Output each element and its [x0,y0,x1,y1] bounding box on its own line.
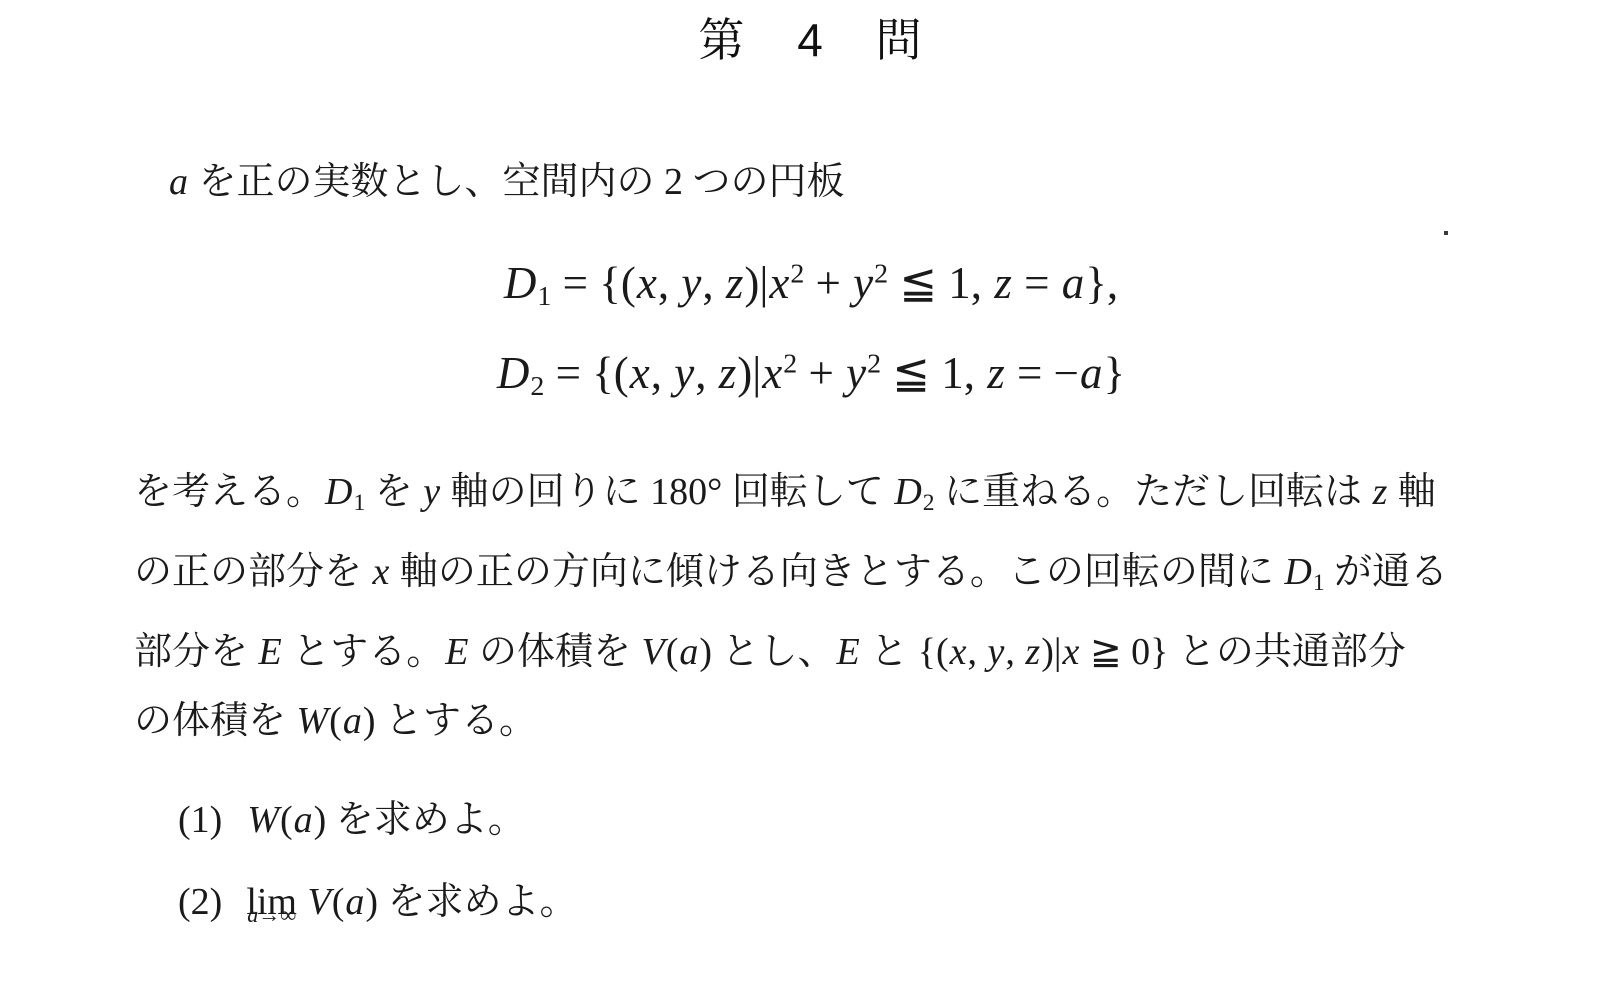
paragraph-line-2: の正の部分を x 軸の正の方向に傾ける向きとする。この回転の間に D1 が通る [134,538,1448,618]
question-2-text: lima→∞ V(a) を求めよ。 [246,881,577,923]
problem-paragraph: を考える。D1 を y 軸の回りに 180° 回転して D2 に重ねる。ただし回… [134,458,1448,756]
question-1-number: (1) [178,798,222,842]
equation-d2: D2 = {(x, y, z)|x2 + y2 ≦ 1, z = −a} [0,346,1621,403]
equation-d1: D1 = {(x, y, z)|x2 + y2 ≦ 1, z = a}, [0,256,1621,313]
question-item-2: (2)lima→∞ V(a) を求めよ。 [178,870,578,925]
question-item-1: (1)W(a) を求めよ。 [178,788,578,843]
paragraph-line-3: 部分を E とする。E の体積を V(a) とし、E と {(x, y, z)|… [134,618,1448,687]
paragraph-line-1: を考える。D1 を y 軸の回りに 180° 回転して D2 に重ねる。ただし回… [134,458,1448,538]
scan-speck [1444,231,1448,235]
problem-title: 第 4 問 [0,4,1621,70]
question-list: (1)W(a) を求めよ。 (2)lima→∞ V(a) を求めよ。 [178,788,578,952]
paragraph-line-4: の体積を W(a) とする。 [134,687,1448,756]
question-2-number: (2) [178,880,222,924]
question-1-text: W(a) を求めよ。 [246,799,525,841]
intro-line: a を正の実数とし、空間内の 2 つの円板 [168,150,845,205]
limit-operator: lima→∞ [246,880,297,924]
exam-problem-page: 第 4 問 a を正の実数とし、空間内の 2 つの円板 D1 = {(x, y,… [0,0,1621,995]
